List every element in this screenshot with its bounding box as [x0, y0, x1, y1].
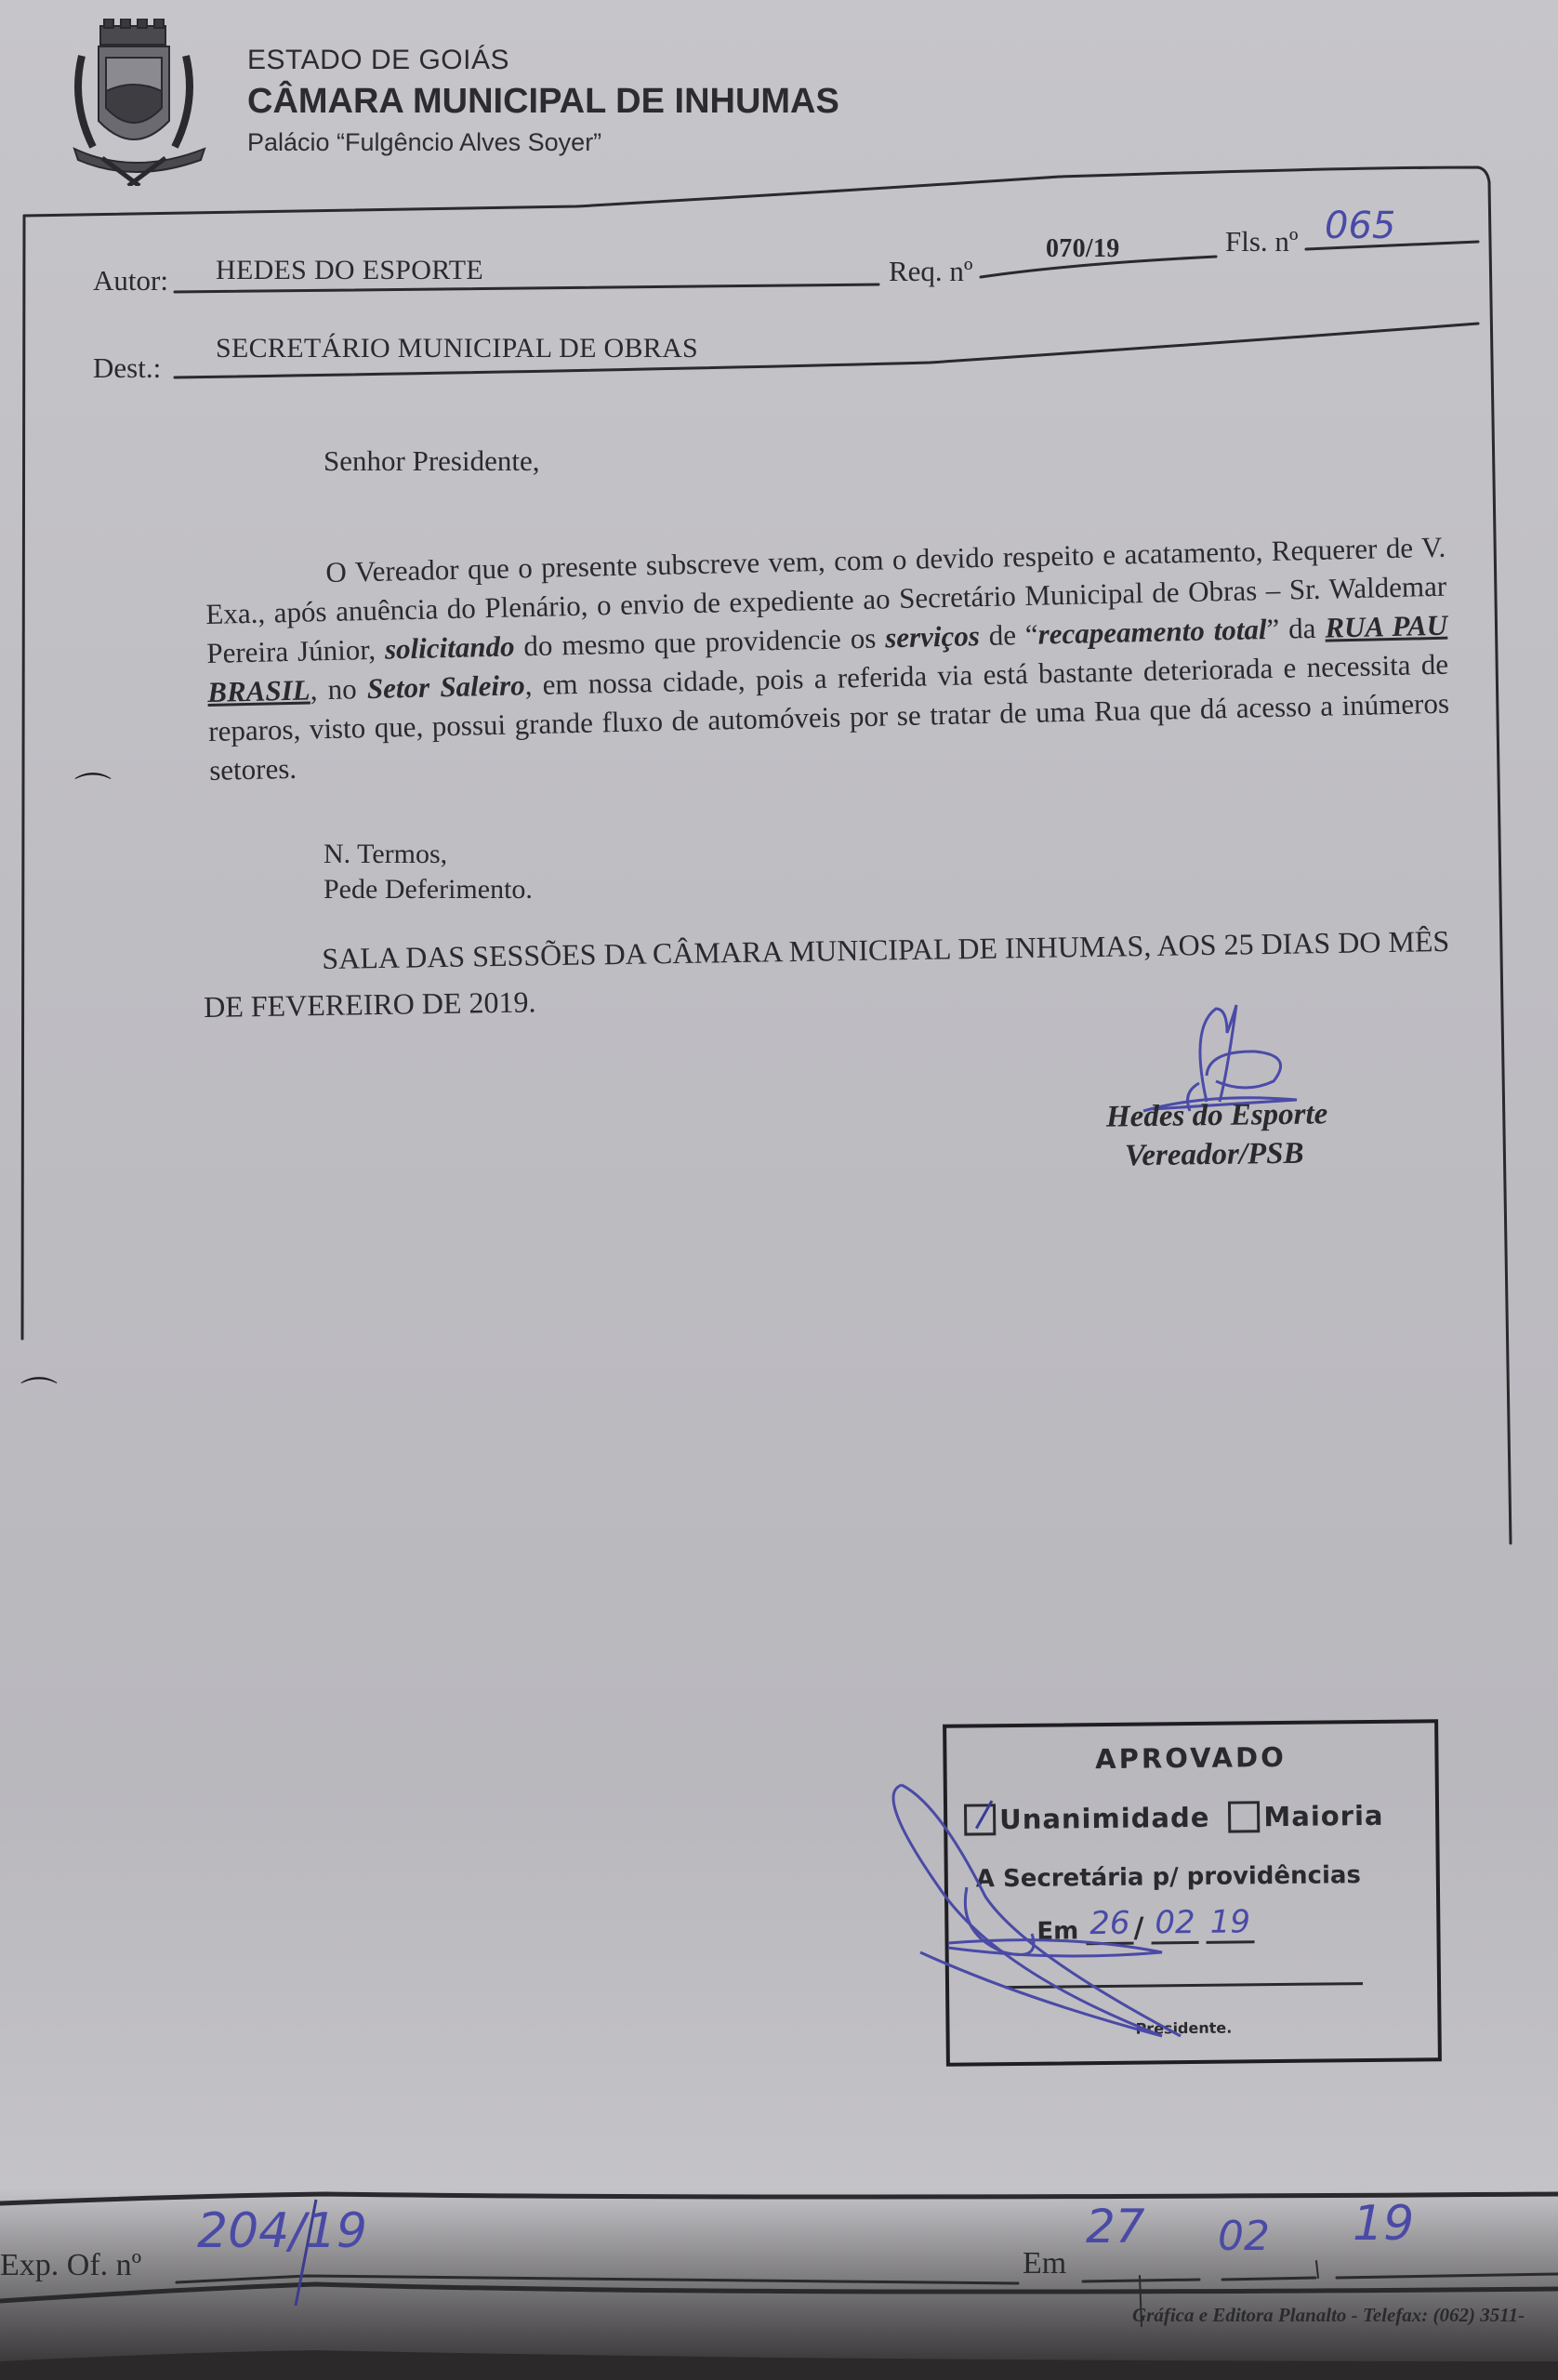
salutation: Senhor Presidente, — [323, 444, 539, 478]
autor-label: Autor: — [93, 264, 168, 297]
expedient-label: Exp. Of. nº — [0, 2248, 141, 2283]
autor-value: HEDES DO ESPORTE — [216, 255, 483, 286]
closing-block: N. Termos, Pede Deferimento. — [323, 837, 533, 907]
expedient-date-day: 27 — [1086, 2200, 1145, 2254]
request-paragraph: O Vereador que o presente subscreve vem,… — [205, 528, 1450, 790]
expedient-date-label: Em — [1023, 2246, 1066, 2281]
coat-of-arms-logo — [65, 19, 214, 186]
sector-name: Setor Saleiro — [366, 668, 525, 705]
closing-deferimento: Pede Deferimento. — [323, 872, 533, 907]
paragraph-text: do mesmo que providencie os — [514, 621, 886, 662]
paragraph-emphasis: recapeamento total — [1037, 613, 1267, 651]
paragraph-text: de “ — [979, 618, 1038, 652]
paragraph-text: ” da — [1266, 612, 1326, 645]
maioria-label: Maioria — [1263, 1800, 1383, 1832]
paragraph-text: , no — [310, 672, 367, 706]
fls-label: Fls. nº — [1225, 225, 1299, 258]
printer-credit: Gráfica e Editora Planalto - Telefax: (0… — [1132, 2304, 1525, 2327]
req-value: 070/19 — [1046, 234, 1120, 264]
closing-termos: N. Termos, — [323, 837, 533, 872]
president-signature-scribble — [883, 1766, 1274, 2045]
dest-value: SECRETÁRIO MUNICIPAL DE OBRAS — [216, 333, 698, 364]
letterhead-palace: Palácio “Fulgêncio Alves Soyer” — [247, 128, 601, 157]
paragraph-emphasis: solicitando — [385, 629, 515, 665]
punch-mark: ⌒ — [74, 762, 112, 815]
expedient-number: 204/19 — [197, 2203, 367, 2259]
signatory-name: Hedes do Esporte — [1106, 1097, 1328, 1134]
letterhead-institution: CÂMARA MUNICIPAL DE INHUMAS — [247, 82, 839, 122]
signatory-role: Vereador/PSB — [1125, 1137, 1304, 1174]
punch-mark: ⌒ — [20, 1367, 58, 1420]
dest-label: Dest.: — [93, 351, 161, 385]
paragraph-emphasis: serviços — [885, 619, 980, 654]
paragraph-text: , em nossa cidade, pois a referida via e… — [208, 648, 1449, 787]
expedient-date-month: 02 — [1218, 2213, 1270, 2260]
req-label: Req. nº — [889, 255, 973, 288]
expedient-date-year: 19 — [1353, 2196, 1414, 2252]
letterhead-state: ESTADO DE GOIÁS — [247, 45, 509, 76]
fls-value: 065 — [1325, 205, 1395, 247]
